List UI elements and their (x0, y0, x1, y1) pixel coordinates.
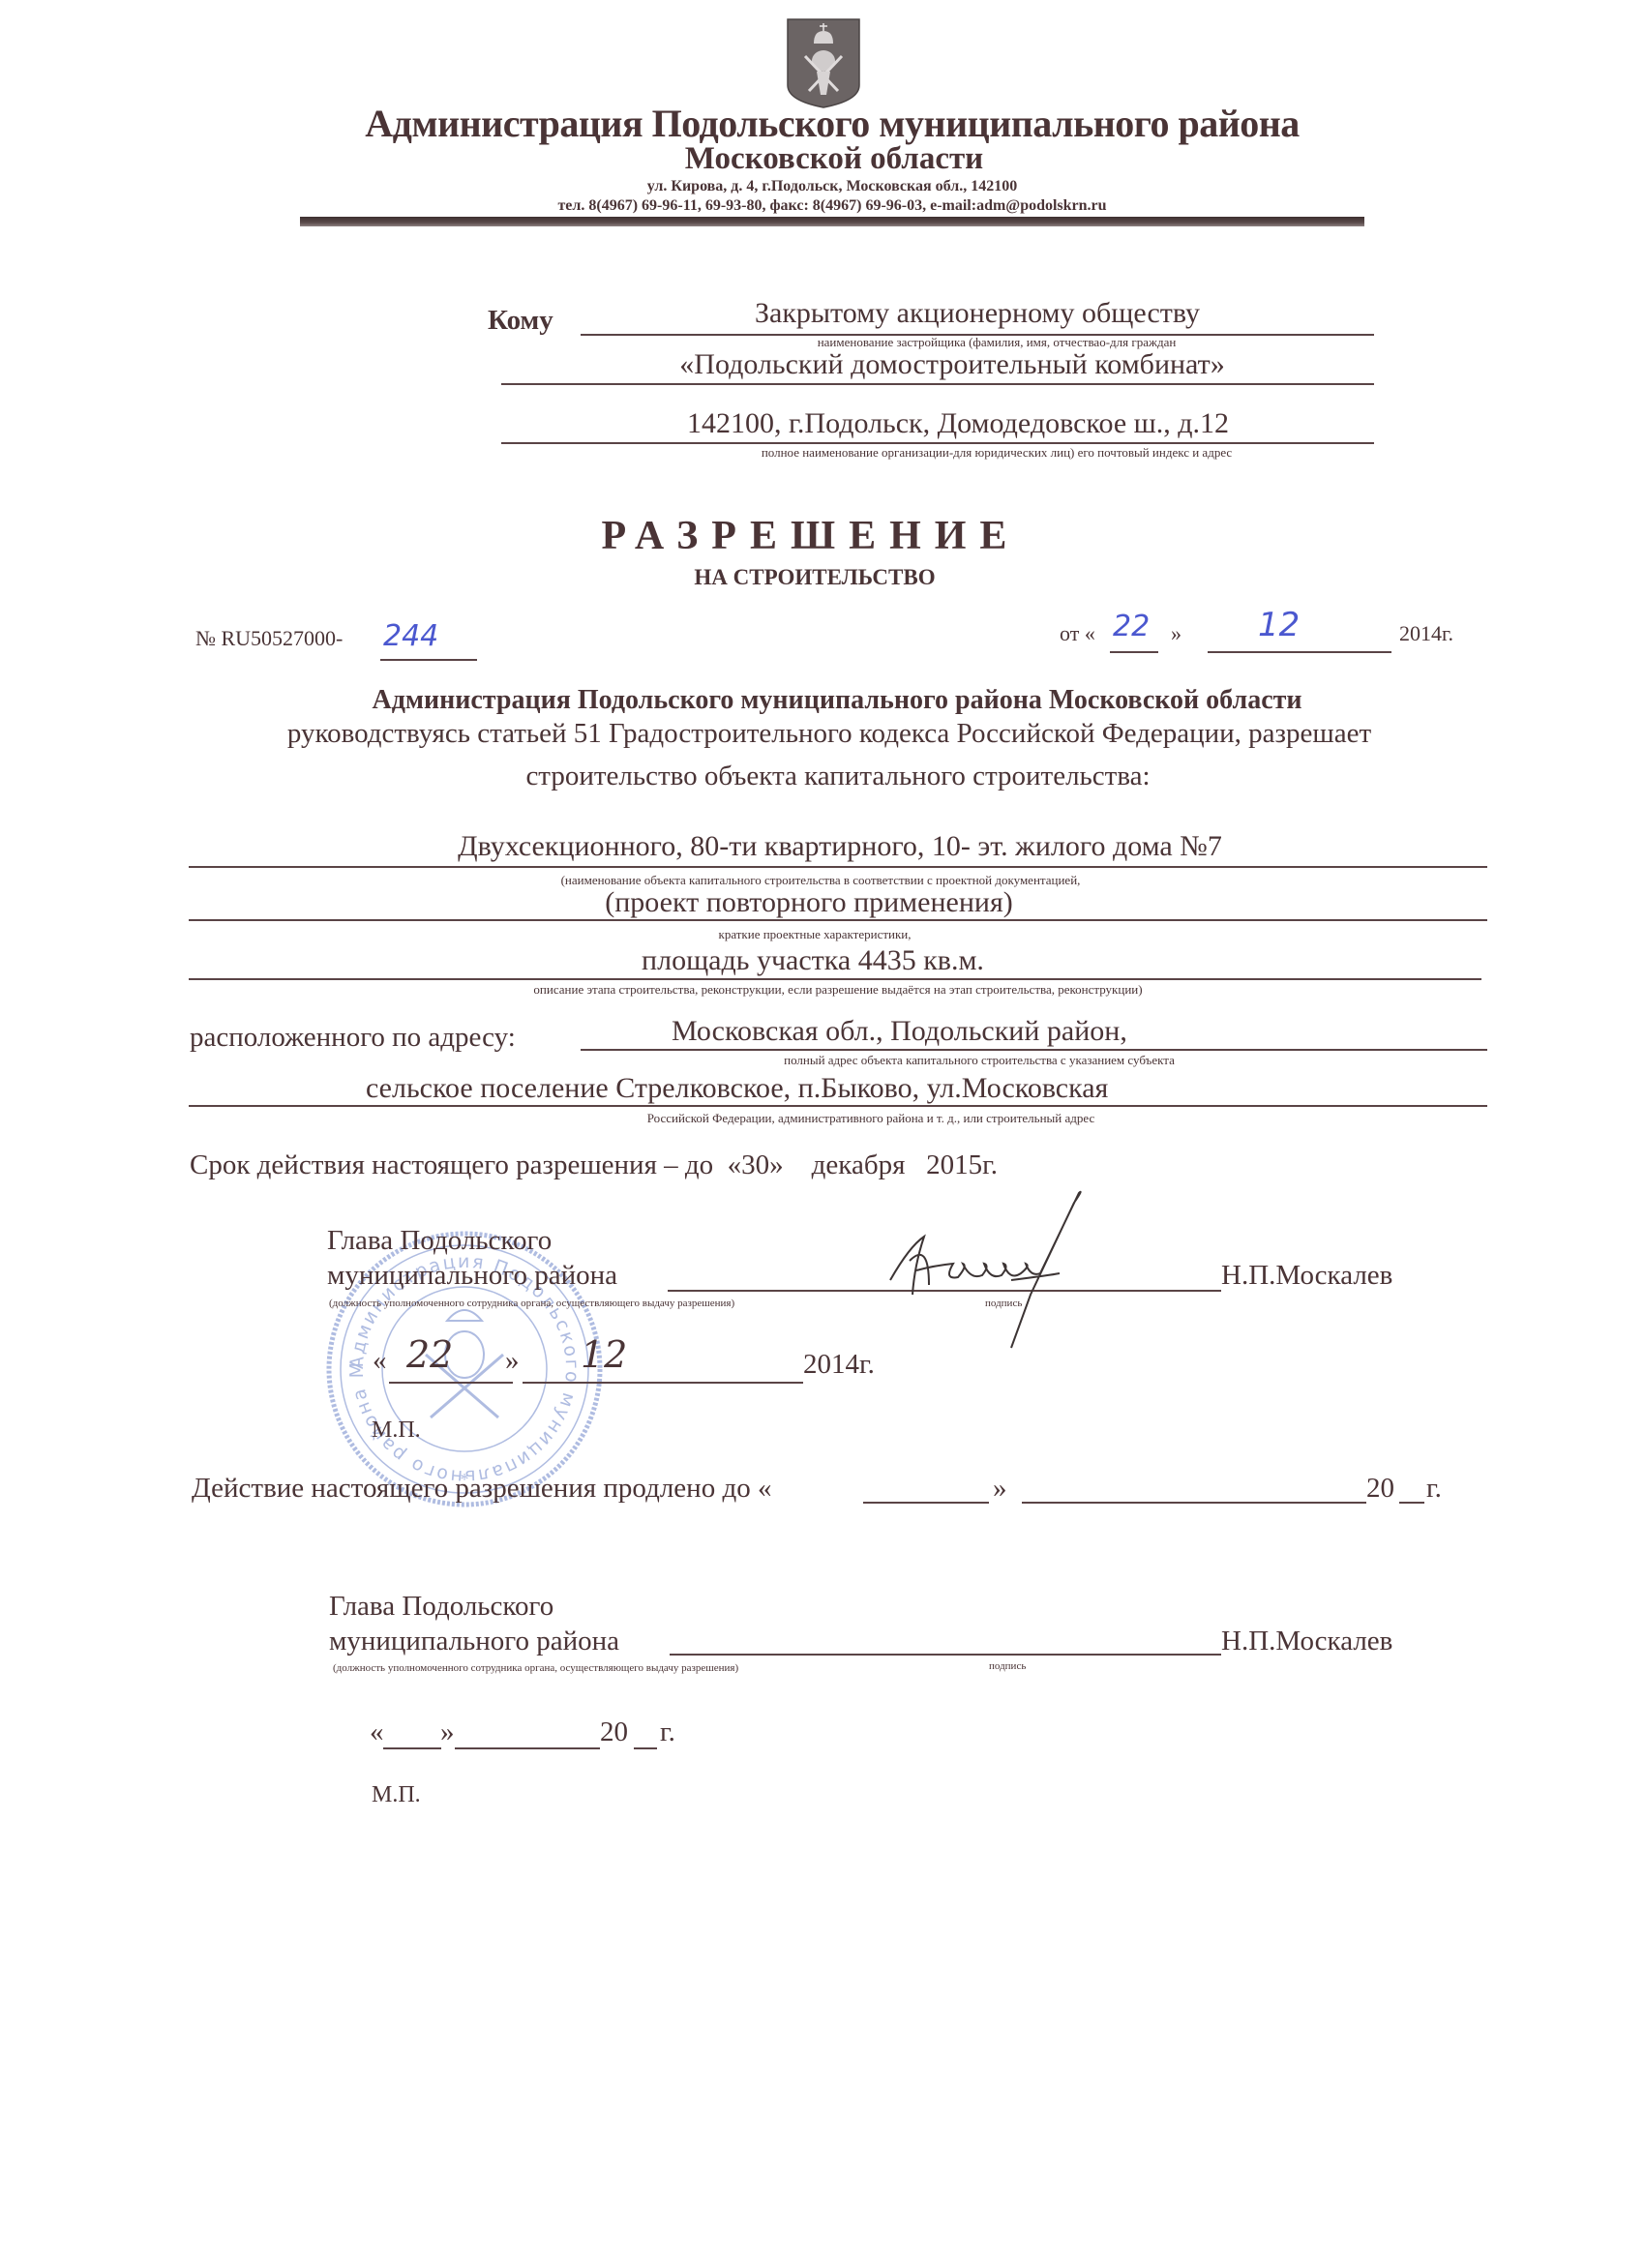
signature2-position-caption: (должность уполномоченного сотрудника ор… (333, 1662, 738, 1674)
signature2-seal: М.П. (372, 1782, 421, 1808)
signature2-date-close: » (440, 1716, 455, 1748)
document-subtitle: НА СТРОИТЕЛЬСТВО (694, 565, 935, 590)
permit-day-underline (1110, 651, 1158, 653)
permit-day-suffix: » (1171, 621, 1181, 646)
signature2-day-underline (383, 1747, 441, 1749)
permit-date-prefix: от « (1060, 621, 1095, 646)
signature2-signature-caption: подпись (989, 1660, 1026, 1672)
signature2-year-suffix: г. (660, 1716, 675, 1748)
extension-text: Действие настоящего разрешения продлено … (192, 1473, 771, 1505)
location-caption1: полный адрес объекта капитального строит… (784, 1053, 1175, 1068)
location-line1-underline (581, 1049, 1487, 1051)
preamble-line3: строительство объекта капитального строи… (525, 761, 1150, 792)
signature1-date-close: » (505, 1345, 520, 1377)
object-line3: площадь участка 4435 кв.м. (642, 944, 984, 977)
extension-year-prefix: 20 (1366, 1473, 1394, 1505)
signature1-date-open: « (373, 1345, 387, 1377)
signature2-year-prefix: 20 (600, 1716, 628, 1748)
preamble-line2: руководствуясь статьей 51 Градостроитель… (287, 718, 1371, 750)
object-line1-underline (189, 866, 1487, 868)
org-contacts: тел. 8(4967) 69-96-11, 69-93-80, факс: 8… (557, 197, 1106, 215)
signature1-month-handwritten: 12 (581, 1333, 627, 1376)
signature1-seal: М.П. (372, 1417, 421, 1444)
permit-number-underline (380, 659, 477, 661)
handwritten-signature-icon (885, 1188, 1089, 1358)
object-line2: (проект повторного применения) (605, 886, 1013, 919)
location-caption2: Российской Федерации, административного … (647, 1111, 1094, 1126)
location-line1: Московская обл., Подольский район, (672, 1015, 1127, 1048)
permit-year: 2014г. (1399, 621, 1453, 646)
signature1-position-line2: муниципального района (327, 1260, 617, 1292)
object-caption2: краткие проектные характеристики, (719, 927, 912, 942)
extension-month-underline (1022, 1502, 1366, 1504)
signature1-day-underline (389, 1382, 513, 1384)
permit-day-handwritten: 22 (1113, 610, 1150, 643)
signature2-date-open: « (370, 1716, 384, 1748)
extension-year-underline (1399, 1502, 1424, 1504)
signature1-position-line1: Глава Подольского (327, 1225, 552, 1257)
object-line3-underline (189, 978, 1481, 980)
org-name-line2: Московской области (685, 141, 983, 177)
signature2-position-line1: Глава Подольского (329, 1591, 553, 1623)
signature1-position-caption: (должность уполномоченного сотрудника ор… (329, 1298, 734, 1309)
recipient-line3-underline (501, 442, 1374, 444)
preamble-authority: Администрация Подольского муниципального… (372, 685, 1301, 716)
recipient-line2-underline (501, 383, 1374, 385)
signature2-position-line2: муниципального района (329, 1626, 619, 1657)
permit-month-underline (1208, 651, 1391, 653)
org-name-line1: Администрация Подольского муниципального… (365, 101, 1300, 146)
validity-text: Срок действия настоящего разрешения – до… (190, 1149, 998, 1181)
permit-number-prefix: № RU50527000- (195, 626, 343, 651)
permit-number-handwritten: 244 (383, 619, 438, 653)
extension-close-quote: » (993, 1473, 1007, 1505)
extension-year-suffix: г. (1426, 1473, 1442, 1505)
org-address: ул. Кирова, д. 4, г.Подольск, Московская… (647, 178, 1017, 195)
location-label: расположенного по адресу: (190, 1022, 516, 1054)
signature1-name: Н.П.Москалев (1221, 1260, 1392, 1292)
recipient-caption3: полное наименование организации-для юрид… (762, 445, 1232, 461)
object-line2-underline (189, 919, 1487, 921)
signature1-month-underline (523, 1382, 803, 1384)
signature1-year: 2014г. (803, 1349, 875, 1381)
recipient-line3: 142100, г.Подольск, Домодедовское ш., д.… (687, 407, 1229, 440)
signature2-name: Н.П.Москалев (1221, 1626, 1392, 1657)
document-title: РАЗРЕШЕНИЕ (602, 513, 1021, 559)
recipient-line2: «Подольский домостроительный комбинат» (679, 348, 1224, 381)
recipient-line1: Закрытому акционерному обществу (755, 297, 1200, 330)
signature1-day-handwritten: 22 (406, 1333, 453, 1376)
signature2-underline (670, 1654, 1221, 1656)
permit-month-handwritten: 12 (1258, 606, 1300, 644)
location-line2: сельское поселение Стрелковское, п.Быков… (366, 1072, 1108, 1105)
header-rule (300, 217, 1364, 226)
recipient-label: Кому (488, 305, 553, 337)
object-line1: Двухсекционного, 80-ти квартирного, 10- … (458, 830, 1222, 863)
coat-of-arms-icon (786, 17, 861, 109)
signature2-year-underline (634, 1747, 657, 1749)
location-line2-underline (189, 1105, 1487, 1107)
extension-day-underline (863, 1502, 989, 1504)
object-caption3: описание этапа строительства, реконструк… (533, 982, 1142, 998)
signature2-month-underline (455, 1747, 600, 1749)
